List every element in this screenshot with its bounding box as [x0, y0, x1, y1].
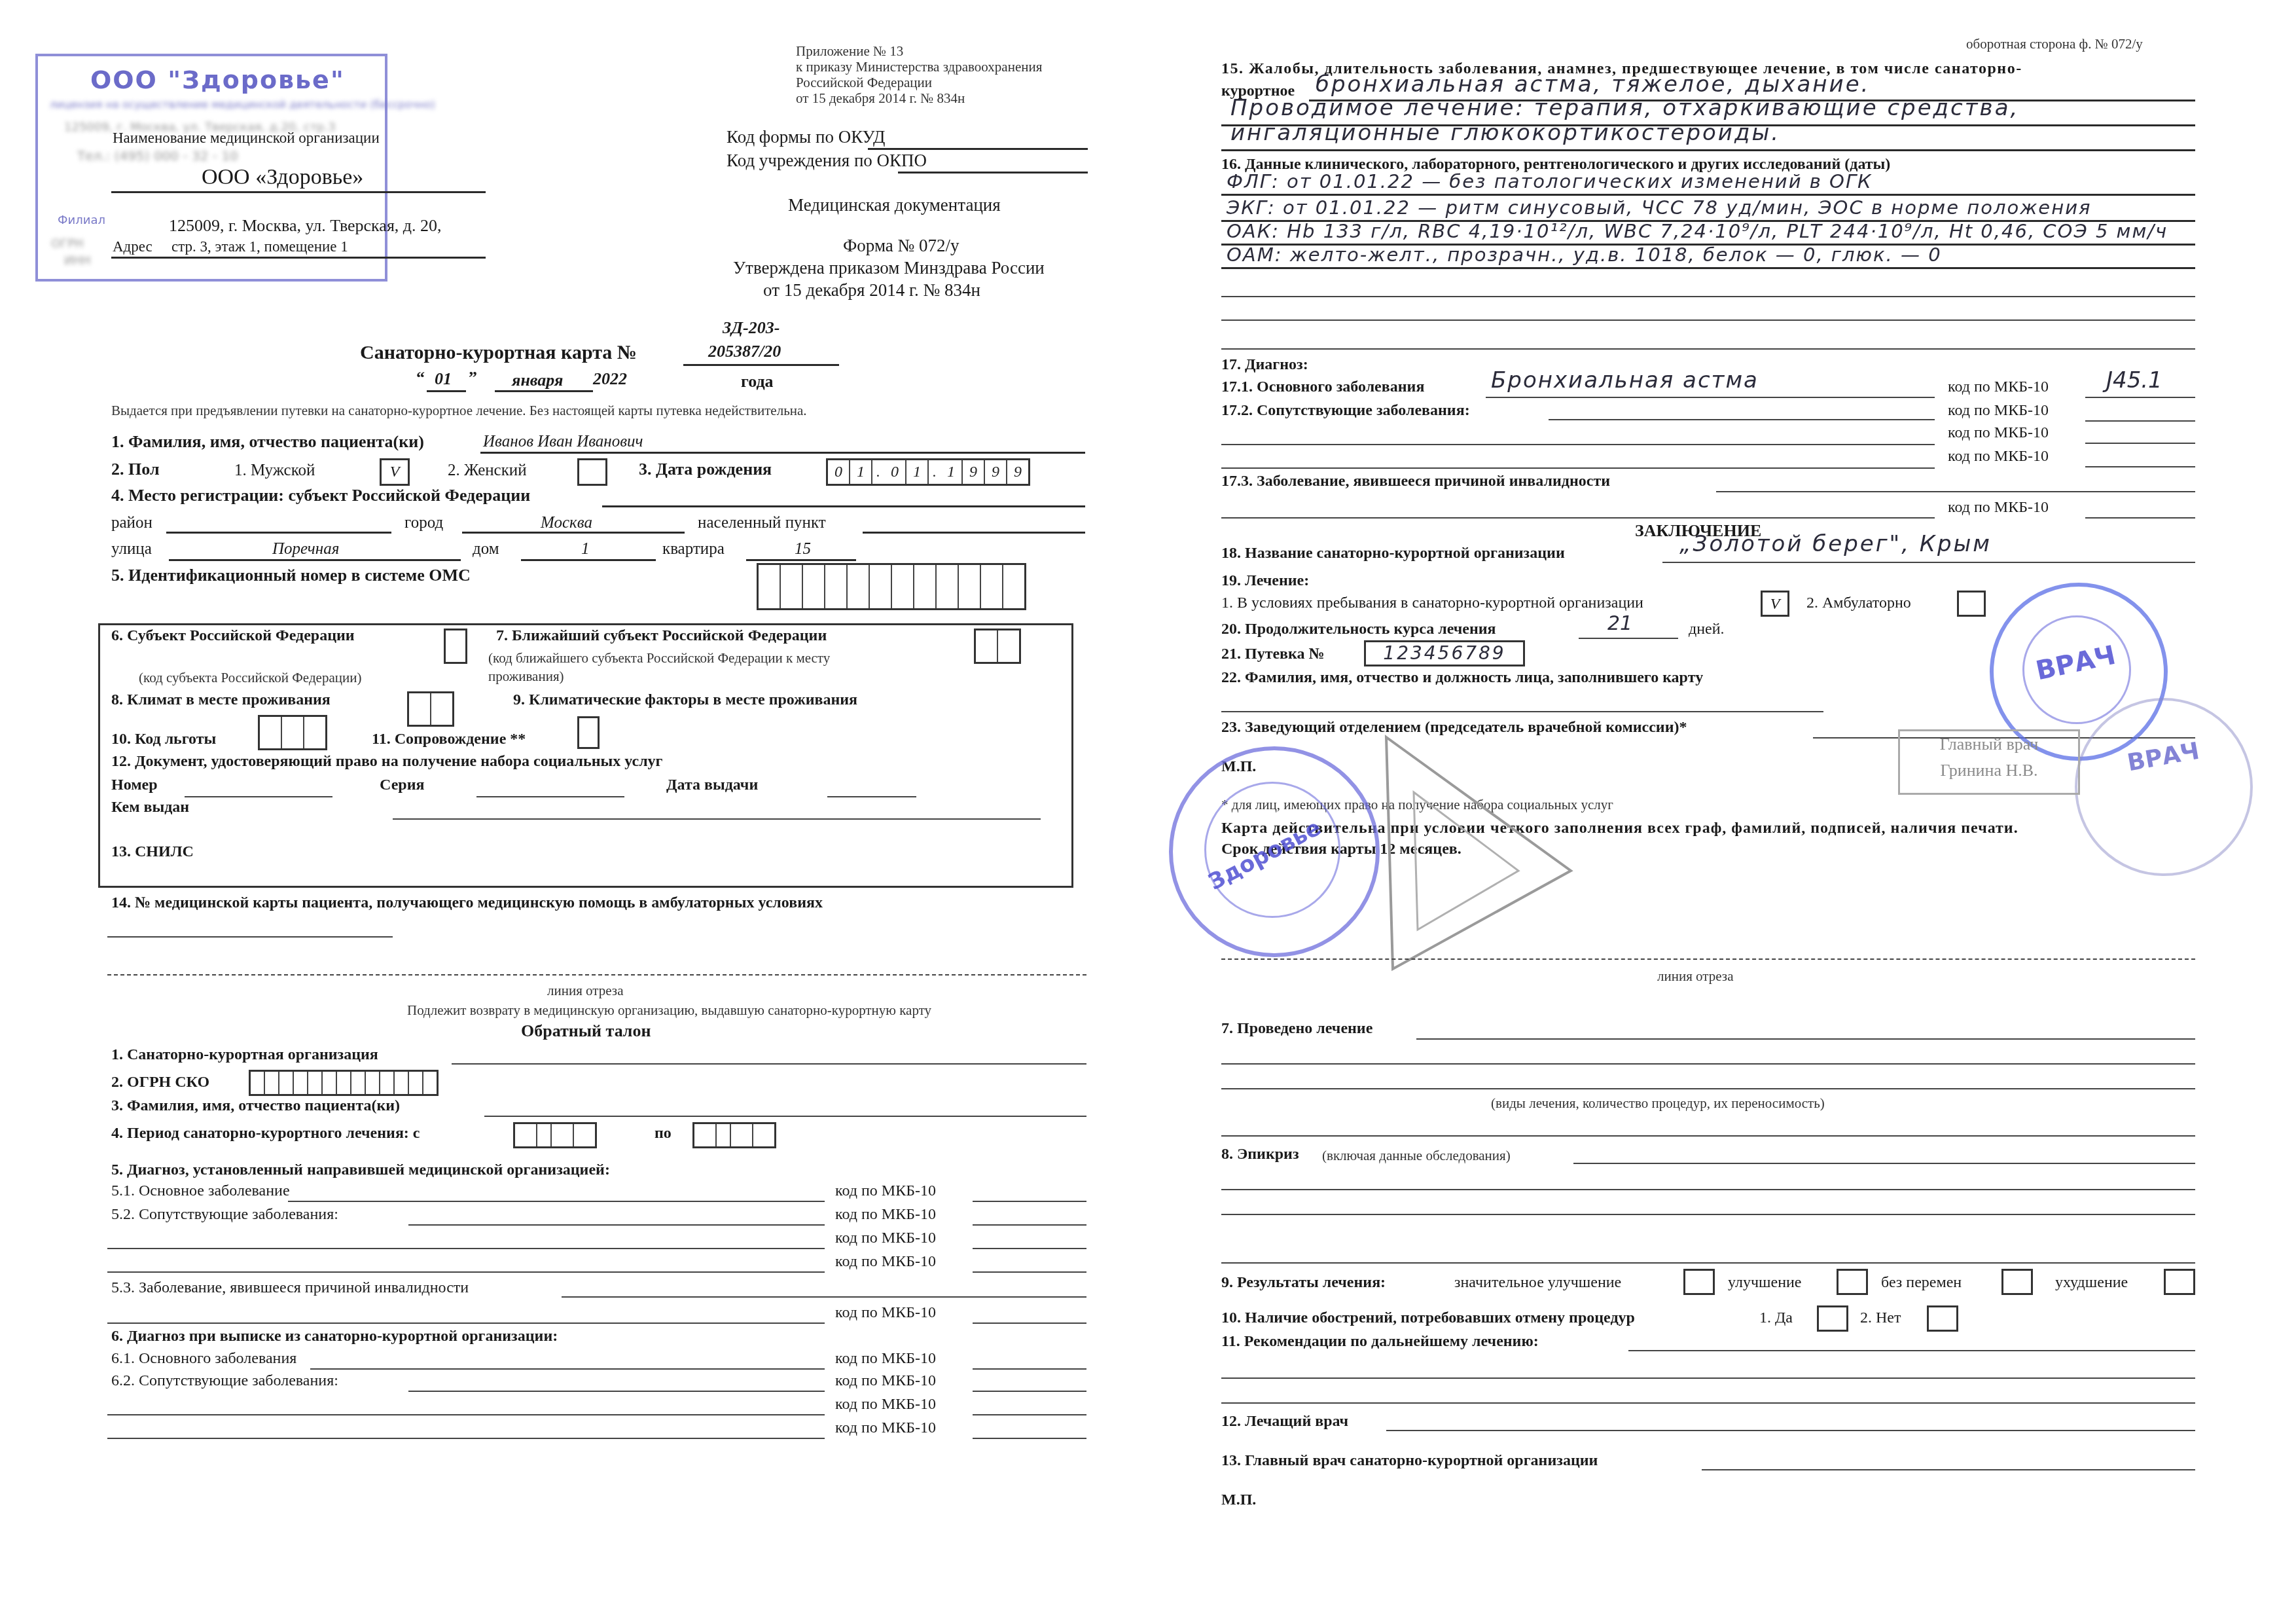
- f20-field: [1579, 638, 1678, 639]
- approved-label: Утверждена приказом Минздрава России: [733, 258, 1045, 278]
- icd-code-label: код по МКБ-10: [835, 1228, 936, 1248]
- r52-label: 5.2. Сопутствующие заболевания:: [111, 1205, 338, 1224]
- issue-date-label: Дата выдачи: [666, 775, 758, 795]
- card-date-year: 2022: [593, 369, 627, 389]
- icd-code-field[interactable]: [973, 1224, 1086, 1226]
- appendix-line-2: к приказу Министерства здравоохранения: [796, 59, 1042, 75]
- icd-code-field[interactable]: [973, 1438, 1086, 1439]
- settlement-label: населенный пункт: [698, 513, 826, 533]
- patient-name-line: [480, 452, 1085, 454]
- b10-no-checkbox[interactable]: [1927, 1305, 1958, 1332]
- f21-value[interactable]: 123456789: [1364, 640, 1525, 666]
- r61-label: 6.1. Основного заболевания: [111, 1349, 296, 1368]
- f22-field[interactable]: [1221, 711, 1823, 712]
- stamp-branch-line: Филиал: [58, 213, 105, 227]
- dob-cell: 0: [884, 460, 906, 484]
- street-value[interactable]: Поречная: [272, 539, 339, 559]
- icd-code-label: код по МКБ-10: [835, 1205, 936, 1224]
- r3-label: 3. Фамилия, имя, отчество пациента(ки): [111, 1096, 400, 1116]
- f16-line-6: [1221, 319, 2195, 321]
- org-address-line: [111, 257, 486, 259]
- series-label: Серия: [380, 775, 424, 795]
- icd-code-label: код по МКБ-10: [835, 1418, 936, 1438]
- b7-field-4[interactable]: [1221, 1135, 2195, 1137]
- doctor-round-stamp-2: [2075, 698, 2253, 876]
- f15-line-3: [1221, 149, 2195, 151]
- f2-label: 2. Пол: [111, 460, 159, 479]
- b7-label: 7. Проведено лечение: [1221, 1019, 1372, 1038]
- r4-label: 4. Период санаторно-курортного лечения: …: [111, 1123, 420, 1143]
- r4-to-label: по: [655, 1123, 672, 1143]
- card-date-month-line: [495, 390, 593, 392]
- icd-code-label: код по МКБ-10: [835, 1252, 936, 1271]
- lab-data-line[interactable]: ОАМ: желто-желт., прозрачн., уд.в. 1018,…: [1227, 245, 1942, 264]
- card-title: Санаторно-курортная карта №: [360, 343, 637, 363]
- r62-label: 6.2. Сопутствующие заболевания:: [111, 1371, 338, 1391]
- mp2-label: М.П.: [1221, 1490, 1256, 1510]
- b10-label: 10. Наличие обострений, потребовавших от…: [1221, 1308, 1635, 1328]
- issue-date-field[interactable]: [827, 796, 916, 797]
- approved-date: от 15 декабря 2014 г. № 834н: [763, 280, 980, 300]
- f6-label: 6. Субъект Российской Федерации: [111, 626, 355, 646]
- f4-label: 4. Место регистрации: субъект Российской…: [111, 486, 530, 505]
- cut-line-right: [1221, 958, 2195, 960]
- b7-field-3[interactable]: [1221, 1088, 2195, 1089]
- b9-option-3-checkbox[interactable]: [2001, 1269, 2033, 1295]
- dob-cell: 9: [1007, 460, 1028, 484]
- card-date-suffix: года: [741, 372, 774, 392]
- patient-name-value[interactable]: Иванов Иван Иванович: [483, 432, 643, 452]
- org-name: ООО «Здоровье»: [202, 165, 363, 190]
- f6-code-box[interactable]: [444, 629, 467, 664]
- f10-label: 10. Код льготы: [111, 729, 216, 749]
- org-address-value-2: стр. 3, этаж 1, помещение 1: [171, 237, 348, 257]
- r53-field[interactable]: [562, 1296, 1086, 1298]
- r51-field[interactable]: [288, 1201, 825, 1202]
- r52-field-2[interactable]: [107, 1248, 825, 1249]
- settlement-field[interactable]: [863, 532, 1085, 534]
- f172-field-3[interactable]: [1221, 467, 1935, 469]
- f171-label: 17.1. Основного заболевания: [1221, 377, 1424, 397]
- card-date-day-line: [427, 390, 466, 392]
- icd-code-field[interactable]: [2085, 420, 2195, 422]
- region-field[interactable]: [602, 505, 1085, 507]
- icd-code-field[interactable]: [973, 1322, 1086, 1324]
- b9-option-4: ухудшение: [2055, 1273, 2128, 1292]
- date-open-quote: “: [416, 368, 425, 388]
- dob-cell: 9: [963, 460, 985, 484]
- number-field[interactable]: [185, 796, 332, 797]
- f10-benefit-code-cells[interactable]: [258, 715, 327, 750]
- card-number-field[interactable]: [683, 364, 839, 366]
- f20-label: 20. Продолжительность курса лечения: [1221, 619, 1496, 639]
- icd-code-label: код по МКБ-10: [1948, 498, 2049, 517]
- r5-label: 5. Диагноз, установленный направившей ме…: [111, 1160, 610, 1180]
- icd-code-field[interactable]: [973, 1248, 1086, 1249]
- f21-label: 21. Путевка №: [1221, 644, 1325, 664]
- f14-field[interactable]: [107, 936, 393, 938]
- chief-stamp-line-1: Главный врач: [1900, 731, 2078, 757]
- sex-male-checkbox[interactable]: V: [380, 458, 410, 486]
- b10-yes-checkbox[interactable]: [1817, 1305, 1848, 1332]
- r4-from-cells[interactable]: [513, 1122, 597, 1148]
- f22-label: 22. Фамилия, имя, отчество и должность л…: [1221, 668, 1703, 687]
- street-field: [169, 559, 461, 561]
- r1-label: 1. Санаторно-курортная организация: [111, 1045, 378, 1065]
- f19-label: 19. Лечение:: [1221, 571, 1309, 591]
- f12-label: 12. Документ, удостоверяющий право на по…: [111, 752, 663, 771]
- lab-data-line[interactable]: ФЛГ: от 01.01.22 — без патологических из…: [1227, 172, 1873, 191]
- b9-option-2: улучшение: [1728, 1273, 1801, 1292]
- b9-label: 9. Результаты лечения:: [1221, 1273, 1386, 1292]
- f20-value[interactable]: 21: [1607, 614, 1632, 634]
- issued-by-field[interactable]: [393, 818, 1041, 820]
- med-doc-label: Медицинская документация: [788, 195, 1001, 215]
- f171-icd-value[interactable]: J45.1: [2106, 371, 2162, 390]
- okud-label: Код формы по ОКУД: [726, 127, 885, 147]
- lab-data-line[interactable]: ОАК: Hb 133 г/л, RBC 4,19·10¹²/л, WBC 7,…: [1227, 221, 2168, 241]
- okud-field[interactable]: [868, 148, 1088, 150]
- icd-code-label: код по МКБ-10: [835, 1349, 936, 1368]
- b9-option-2-checkbox[interactable]: [1837, 1269, 1868, 1295]
- lab-data-underline: [1221, 267, 2195, 269]
- card-no-line-1: ЗД-203-: [723, 318, 780, 338]
- r62-field[interactable]: [408, 1391, 825, 1392]
- icd-code-label: код по МКБ-10: [835, 1395, 936, 1414]
- appendix-block: Приложение № 13 к приказу Министерства з…: [796, 43, 1042, 106]
- f17-label: 17. Диагноз:: [1221, 355, 1308, 374]
- icd-code-label: код по МКБ-10: [835, 1181, 936, 1201]
- b7-field-2[interactable]: [1221, 1063, 2195, 1065]
- r52-field[interactable]: [408, 1224, 825, 1226]
- f20-unit: дней.: [1689, 619, 1725, 639]
- sex-male-label: 1. Мужской: [234, 461, 315, 481]
- f5-label: 5. Идентификационный номер в системе ОМС: [111, 566, 471, 585]
- f19-option-2: 2. Амбулаторно: [1806, 593, 1911, 613]
- card-date-month: января: [512, 371, 563, 390]
- form-number: Форма № 072/у: [843, 236, 960, 255]
- dob-cell: 0: [828, 460, 850, 484]
- f14-label: 14. № медицинской карты пациента, получа…: [111, 893, 823, 913]
- sex-female-label: 2. Женский: [448, 461, 527, 481]
- cut-line-left: [107, 974, 1086, 976]
- icd-code-field[interactable]: [973, 1271, 1086, 1273]
- r62-field-2[interactable]: [107, 1414, 825, 1415]
- icd-code-field[interactable]: [973, 1368, 1086, 1370]
- stamp-ogrn-line: ОГРН: [51, 237, 84, 251]
- house-value[interactable]: 1: [581, 539, 590, 559]
- chief-stamp-line-2: Гринина Н.В.: [1900, 757, 2078, 784]
- b11-field-2[interactable]: [1221, 1377, 2195, 1379]
- r2-label: 2. ОГРН СКО: [111, 1072, 209, 1092]
- icd-code-label: код по МКБ-10: [1948, 401, 2049, 420]
- b10-yes-label: 1. Да: [1759, 1308, 1793, 1328]
- f1-label: 1. Фамилия, имя, отчество пациента(ки): [111, 432, 424, 452]
- f172-field-2[interactable]: [1221, 444, 1935, 445]
- icd-code-field[interactable]: [2085, 443, 2195, 444]
- series-field[interactable]: [476, 796, 624, 797]
- icd-code-label: код по МКБ-10: [1948, 377, 2049, 397]
- oms-number-cells[interactable]: [757, 563, 1026, 610]
- city-field: [462, 532, 685, 534]
- dob-cell: .: [929, 460, 941, 484]
- b11-label: 11. Рекомендации по дальнейшему лечению:: [1221, 1332, 1539, 1351]
- flat-value[interactable]: 15: [795, 539, 811, 559]
- city-value[interactable]: Москва: [541, 513, 592, 533]
- f3-label: 3. Дата рождения: [639, 460, 772, 479]
- r52-field-3[interactable]: [107, 1271, 825, 1273]
- f8-climate-cells[interactable]: [407, 691, 454, 727]
- house-label: дом: [473, 539, 499, 559]
- house-field: [521, 559, 656, 561]
- icd-code-label: код по МКБ-10: [835, 1371, 936, 1391]
- district-field[interactable]: [166, 532, 391, 534]
- f18-field: [1662, 562, 2195, 563]
- dob-cell: 1: [850, 460, 872, 484]
- icd-code-field[interactable]: [2085, 466, 2195, 467]
- f173-field[interactable]: [1716, 491, 2195, 492]
- chief-doctor-stamp: Главный врач Гринина Н.В.: [1898, 729, 2080, 795]
- f16-line-7: [1221, 348, 2195, 350]
- f18-value[interactable]: „Золотой берег", Крым: [1679, 534, 1992, 554]
- icd-code-field[interactable]: [973, 1201, 1086, 1202]
- org-label: Наименование медицинской организации: [113, 128, 380, 148]
- stamp-inn-line: ИНН: [64, 254, 91, 268]
- appendix-line-4: от 15 декабря 2014 г. № 834н: [796, 90, 1042, 106]
- dob-cell: 9: [985, 460, 1007, 484]
- org-name-line: [111, 191, 486, 193]
- f6-note: (код субъекта Российской Федерации): [139, 669, 361, 686]
- r4-to-cells[interactable]: [692, 1122, 776, 1148]
- r53-label: 5.3. Заболевание, явившееся причиной инв…: [111, 1278, 469, 1298]
- b8-field-2[interactable]: [1221, 1189, 2195, 1190]
- icd-code-label: код по МКБ-10: [1948, 447, 2049, 466]
- birth-date-cells[interactable]: 0 1 . 0 1 . 1 9 9 9: [826, 458, 1030, 486]
- b8-field-4[interactable]: [1221, 1262, 2195, 1264]
- date-close-quote: ”: [469, 368, 477, 388]
- f16-line-5: [1221, 296, 2195, 297]
- sex-female-checkbox[interactable]: [577, 458, 607, 486]
- org-address-label: Адрес: [113, 237, 152, 257]
- stamp-license-line: лицензия на осуществление медицинской де…: [50, 98, 435, 111]
- f19-option-2-checkbox[interactable]: [1957, 591, 1986, 617]
- b8-field[interactable]: [1573, 1163, 2195, 1164]
- f11-label: 11. Сопровождение **: [372, 729, 526, 749]
- appendix-line-1: Приложение № 13: [796, 43, 1042, 59]
- b12-field[interactable]: [1386, 1430, 2195, 1431]
- appendix-line-3: Российской Федерации: [796, 75, 1042, 90]
- r1-field[interactable]: [452, 1063, 1086, 1065]
- b10-no-label: 2. Нет: [1860, 1308, 1901, 1328]
- icd-code-label: код по МКБ-10: [1948, 423, 2049, 443]
- b11-field[interactable]: [1628, 1350, 2195, 1351]
- issued-by-label: Кем выдан: [111, 797, 189, 817]
- f7-label: 7. Ближайший субъект Российской Федераци…: [496, 626, 827, 646]
- icd-code-field[interactable]: [2085, 397, 2195, 398]
- lab-data-line[interactable]: ЭКГ: от 01.01.22 — ритм синусовый, ЧСС 7…: [1227, 198, 2091, 217]
- okpo-label: Код учреждения по ОКПО: [726, 151, 927, 170]
- icd-code-label: код по МКБ-10: [835, 1303, 936, 1322]
- b13-label: 13. Главный врач санаторно-курортной орг…: [1221, 1451, 1598, 1470]
- f173-field-2[interactable]: [1221, 517, 1935, 519]
- card-date-day: 01: [435, 369, 452, 389]
- f19-option-1-checkbox[interactable]: V: [1761, 591, 1789, 617]
- b7-note: (виды лечения, количество процедур, их п…: [1491, 1095, 1825, 1112]
- f9-label: 9. Климатические факторы в месте прожива…: [513, 690, 857, 710]
- back-side-note: оборотная сторона ф. № 072/у: [1966, 35, 2143, 52]
- district-label: район: [111, 513, 152, 533]
- f172-label: 17.2. Сопутствующие заболевания:: [1221, 401, 1470, 420]
- b12-label: 12. Лечащий врач: [1221, 1412, 1348, 1431]
- b8-note: (включая данные обследования): [1322, 1147, 1511, 1164]
- f7-note: (код ближайшего субъекта Российской Феде…: [488, 649, 830, 666]
- f7-note-2: проживания): [488, 668, 564, 685]
- b7-field[interactable]: [1416, 1038, 2195, 1040]
- b9-option-3: без перемен: [1881, 1273, 1962, 1292]
- f15-value-3[interactable]: ингаляционные глюкокортикостероиды.: [1230, 123, 1780, 143]
- icd-code-field[interactable]: [2085, 517, 2195, 519]
- city-label: город: [404, 513, 443, 533]
- stamp-phone-line: Тел.: (495) 000 - 32 - 10: [77, 148, 238, 164]
- icd-code-field[interactable]: [973, 1391, 1086, 1392]
- cut-line-label-left: линия отреза: [547, 982, 623, 999]
- flat-label: квартира: [662, 539, 725, 559]
- f171-field: [1486, 397, 1935, 398]
- cut-line-label-right: линия отреза: [1657, 968, 1733, 985]
- okpo-field[interactable]: [898, 172, 1088, 173]
- stamp-org-name: ООО "Здоровье": [90, 65, 345, 94]
- r61-field[interactable]: [310, 1368, 825, 1370]
- dob-cell: .: [872, 460, 884, 484]
- f172-field[interactable]: [1549, 419, 1935, 420]
- card-no-line-2: 205387/20: [708, 342, 781, 361]
- b13-field[interactable]: [1702, 1469, 2195, 1470]
- org-address-value: 125009, г. Москва, ул. Тверская, д. 20,: [169, 216, 442, 236]
- b9-option-1: значительное улучшение: [1454, 1273, 1621, 1292]
- f11-escort-box[interactable]: [577, 716, 600, 749]
- return-note: Подлежит возврату в медицинскую организа…: [407, 1002, 931, 1019]
- issued-note: Выдается при предъявлении путевки на сан…: [111, 402, 807, 419]
- f173-label: 17.3. Заболевание, явившееся причиной ин…: [1221, 471, 1610, 491]
- dob-cell: 1: [941, 460, 963, 484]
- r51-label: 5.1. Основное заболевание: [111, 1181, 290, 1201]
- b8-label: 8. Эпикриз: [1221, 1144, 1299, 1164]
- r53-field-2[interactable]: [107, 1322, 825, 1324]
- r2-ogrn-cells[interactable]: [249, 1070, 439, 1096]
- r3-field[interactable]: [484, 1116, 1086, 1117]
- f171-value[interactable]: Бронхиальная астма: [1491, 371, 1759, 390]
- street-label: улица: [111, 539, 152, 559]
- f13-label: 13. СНИЛС: [111, 842, 194, 862]
- f15-value-1[interactable]: бронхиальная астма, тяжелое, дыхание.: [1316, 75, 1870, 94]
- return-title: Обратный талон: [521, 1021, 651, 1041]
- r62-field-3[interactable]: [107, 1438, 825, 1439]
- f7-code-cells[interactable]: [974, 629, 1021, 664]
- f8-label: 8. Климат в месте проживания: [111, 690, 331, 710]
- r6-label: 6. Диагноз при выписке из санаторно-куро…: [111, 1326, 558, 1346]
- b9-option-4-checkbox[interactable]: [2164, 1269, 2195, 1295]
- number-label: Номер: [111, 775, 158, 795]
- b11-field-3[interactable]: [1221, 1402, 2195, 1404]
- b9-option-1-checkbox[interactable]: [1683, 1269, 1715, 1295]
- b8-field-3[interactable]: [1221, 1214, 2195, 1215]
- icd-code-field[interactable]: [973, 1414, 1086, 1415]
- f15-value-2[interactable]: Проводимое лечение: терапия, отхаркивающ…: [1230, 98, 2019, 118]
- dob-cell: 1: [906, 460, 929, 484]
- flat-field: [746, 559, 856, 561]
- triangle-stamp: [1374, 733, 1584, 976]
- f18-label: 18. Название санаторно-курортной организ…: [1221, 543, 1565, 563]
- lab-data-underline: [1221, 194, 2195, 196]
- f19-option-1: 1. В условиях пребывания в санаторно-кур…: [1221, 593, 1643, 613]
